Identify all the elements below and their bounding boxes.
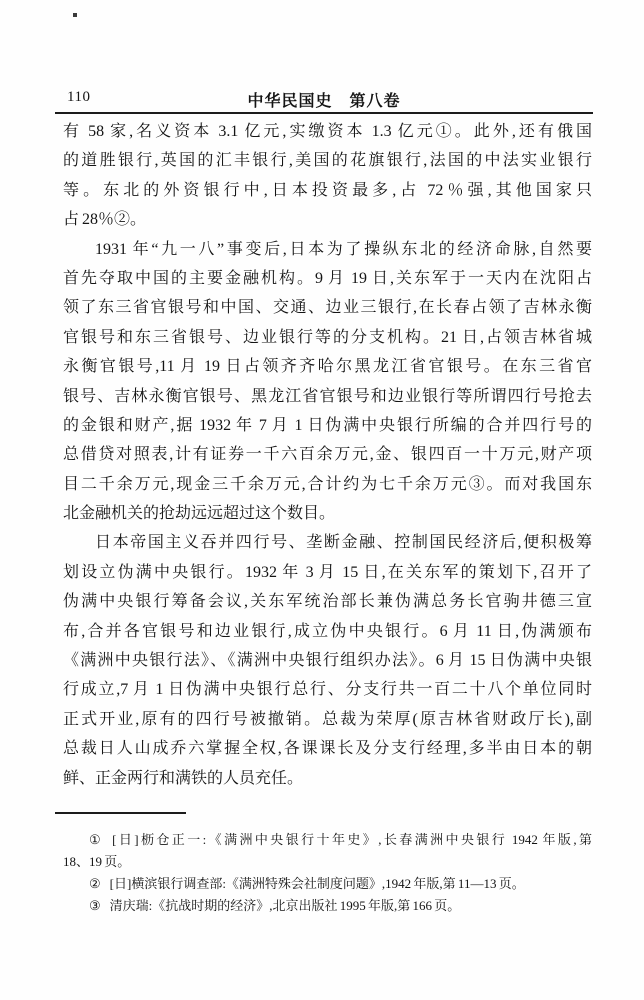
footnote-line: ①[日]枥仓正一:《满洲中央银行十年史》,长春满洲中央银行 1942 年版,第 — [63, 829, 592, 851]
footnotes: ①[日]枥仓正一:《满洲中央银行十年史》,长春满洲中央银行 1942 年版,第 … — [63, 829, 592, 917]
footnote-line: ③清庆瑞:《抗战时期的经济》,北京出版社 1995 年版,第 166 页。 — [63, 895, 592, 917]
body-line: 的金银和财产,据 1932 年 7 月 1 日伪满中央银行所编的合并四行号的 — [63, 411, 592, 440]
body-line: 《满洲中央银行法》、《满洲中央银行组织办法》。6 月 15 日伪满中央银 — [63, 646, 592, 675]
body-line: 伪满中央银行筹备会议,关东军统治部长兼伪满总务长官驹井德三宣 — [63, 587, 592, 616]
book-page: 110 中华民国史 第八卷 有 58 家,名义资本 3.1 亿元,实缴资本 1.… — [0, 0, 644, 1000]
body-line: 永衡官银号,11 月 19 日占领齐齐哈尔黑龙江省官银号。在东三省官 — [63, 352, 592, 381]
body-line: 首先夺取中国的主要金融机构。9 月 19 日,关东军于一天内在沈阳占 — [63, 264, 592, 293]
body-text: 有 58 家,名义资本 3.1 亿元,实缴资本 1.3 亿元①。此外,还有俄国 … — [63, 117, 592, 793]
footnote-separator — [55, 812, 186, 814]
footnote-marker: ① — [89, 832, 103, 847]
body-line: 总借贷对照表,计有证券一千六百余万元,金、银四百一十万元,财产项 — [63, 440, 592, 469]
body-line: 行成立,7 月 1 日伪满中央银行总行、分支行共一百二十八个单位同时 — [63, 675, 592, 704]
body-line: 鲜、正金两行和满铁的人员充任。 — [63, 764, 592, 793]
footnote-text: 18、19 页。 — [63, 854, 130, 869]
body-line: 正式开业,原有的四行号被撤销。总裁为荣厚(原吉林省财政厅长),副 — [63, 705, 592, 734]
footnote-marker: ② — [89, 876, 101, 891]
footnote-line: ②[日]横滨银行调查部:《满洲特殊会社制度问题》,1942 年版,第 11—13… — [63, 873, 592, 895]
footnote-marker: ③ — [89, 898, 101, 913]
running-title: 中华民国史 第八卷 — [55, 88, 593, 111]
footnote-text: [日]枥仓正一:《满洲中央银行十年史》,长春满洲中央银行 1942 年版,第 — [112, 832, 592, 847]
footnote-continuation-line: 18、19 页。 — [63, 851, 592, 873]
scan-speck-artifact — [73, 13, 77, 17]
body-line: 官银号和东三省银号、边业银行等的分支机构。21 日,占领吉林省城 — [63, 323, 592, 352]
body-line: 布,合并各官银号和边业银行,成立伪中央银行。6 月 11 日,伪满颁布 — [63, 617, 592, 646]
body-line: 有 58 家,名义资本 3.1 亿元,实缴资本 1.3 亿元①。此外,还有俄国 — [63, 117, 592, 146]
header-rule — [55, 112, 593, 114]
body-line: 北金融机关的抢劫远远超过这个数目。 — [63, 499, 592, 528]
body-line: 总裁日人山成乔六掌握全权,各课课长及分支行经理,多半由日本的朝 — [63, 734, 592, 763]
body-line: 1931 年“九一八”事变后,日本为了操纵东北的经济命脉,自然要 — [63, 235, 592, 264]
body-line: 日本帝国主义吞并四行号、垄断金融、控制国民经济后,便积极筹 — [63, 528, 592, 557]
page-number: 110 — [67, 89, 90, 106]
body-line: 划设立伪满中央银行。1932 年 3 月 15 日,在关东军的策划下,召开了 — [63, 558, 592, 587]
body-line: 银号、吉林永衡官银号、黑龙江省官银号和边业银行等所谓四行号抢去 — [63, 382, 592, 411]
body-line: 等。东北的外资银行中,日本投资最多,占 72％强,其他国家只 — [63, 176, 592, 205]
footnote-text: [日]横滨银行调查部:《满洲特殊会社制度问题》,1942 年版,第 11—13 … — [110, 876, 525, 891]
body-line: 的道胜银行,英国的汇丰银行,美国的花旗银行,法国的中法实业银行 — [63, 146, 592, 175]
footnote-text: 清庆瑞:《抗战时期的经济》,北京出版社 1995 年版,第 166 页。 — [110, 898, 461, 913]
body-line: 领了东三省官银号和中国、交通、边业三银行,在长春占领了吉林永衡 — [63, 293, 592, 322]
page-header: 110 中华民国史 第八卷 — [55, 88, 593, 108]
body-line: 占 28％②。 — [63, 205, 592, 234]
body-line: 目二千余万元,现金三千余万元,合计约为七千余万元③。而对我国东 — [63, 470, 592, 499]
